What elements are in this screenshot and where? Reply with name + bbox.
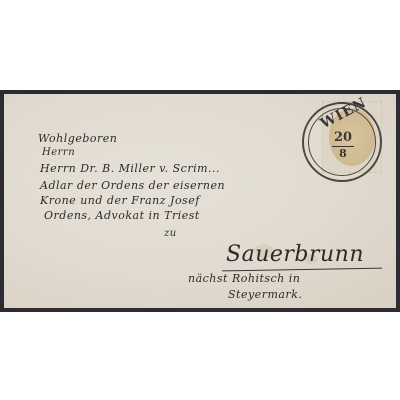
envelope: WIEN 20 8 Wohlgeboren Herrn Herrn Dr. B.… [4,94,396,308]
postmark-day: 20 [330,130,356,145]
address-line-2: Herrn [42,147,75,158]
address-line-1: Wohlgeboren [38,132,117,145]
destination-town: Sauerbrunn [226,242,364,267]
address-line-3: Herrn Dr. B. Miller v. Scrim... [40,162,220,175]
address-line-4: Adlar der Ordens der eisernen [40,179,225,192]
address-line-5: Krone und der Franz Josef [40,194,200,207]
cover-frame: WIEN 20 8 Wohlgeboren Herrn Herrn Dr. B.… [0,90,400,312]
postmark: WIEN 20 8 [302,102,382,182]
address-line-6: Ordens, Advokat in Triest [44,209,200,222]
address-line-10: Steyermark. [228,288,302,301]
address-line-9: nächst Rohitsch in [188,272,300,285]
postmark-month: 8 [330,147,356,160]
destination-underline [222,268,382,272]
address-line-7: zu [164,228,177,239]
